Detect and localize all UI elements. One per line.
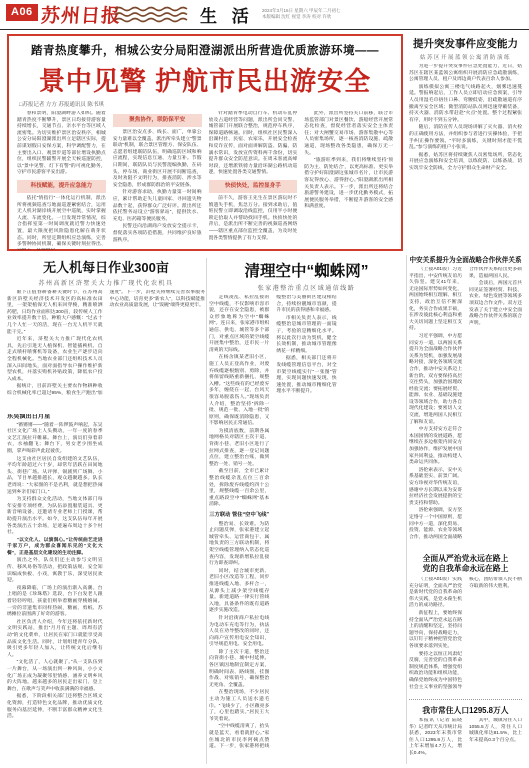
- paragraph: 随后，消防宣传人员现场讲解了灭火器、消火栓的正确使用方法，并组织参与者进行实操体…: [409, 125, 522, 151]
- china-angola-article: 中安关系提升为全面战略合作伙伴关系 （上接A01版）习近平指出，中安传统友谊历久…: [409, 254, 522, 549]
- china-angola-headline: 中安关系提升为全面战略合作伙伴关系: [409, 254, 522, 264]
- paragraph: 此外，派出所坚持关口前移，联合市场监管部门对景区餐饮、游船经营开展常态化检查，督…: [304, 111, 393, 157]
- paragraph: 针对踏青季电动自行车、机动车乱停放及占道经营等问题，派出所会同交警、城管部门开展…: [209, 111, 298, 177]
- paragraph: 眼下正值春耕备耕关键时节，在苏州高新区浒墅关经济技术开发区的高标准农田里，一架架…: [7, 290, 103, 336]
- paragraph: 为进一步提升突发事件应急处置能力，近日，姑苏区在辖区某蓝领公寓组织开展消防应急疏…: [409, 64, 522, 84]
- drone-article: 无人机每日作业300亩 苏州高新区浒墅关大力推广现代化农机具 眼下正值春耕备耕关…: [7, 257, 205, 402]
- paragraph: 据悉，姑苏区将持续聚焦人员密集场所，常态化开展应急演练和安全培训，以练促防、以练…: [409, 153, 522, 173]
- lead-column-4: 此外，派出所坚持关口前移，联合市场监管部门对景区餐饮、游船经营开展常态化检查，督…: [304, 111, 393, 250]
- newspaper-page: A06 苏州日报 生 活 2024年3月16日 星期六 甲辰年二月初七 本版编辑…: [0, 0, 529, 768]
- lead-column-3: 针对踏青季电动自行车、机动车乱停放及占道经营等问题，派出所会同交警、城管部门开展…: [209, 111, 298, 250]
- paragraph: 这支由社区居民自发组建的文艺队伍，平均年龄超过六十岁，却常年活跃在田间地头、街巷…: [7, 457, 103, 497]
- paragraph: 除了主次干道，整治还向背街小巷、城中村延伸。各区镇因地制宜制定方案，明确时间表、…: [209, 650, 269, 690]
- paragraph: 会谈后，两国元首共同见证签署经贸、科技、农业、绿色发展等领域多项双边合作文件。双…: [469, 281, 522, 327]
- paragraph: “锵锵锵——”随着一阵锣鼓声响起，东吴社区文化广场上人头攒动，一年一度的春季文艺…: [7, 423, 103, 456]
- paragraph: 针对沿街商户私拉电线为电动车充电等行为，执法人员在劝导整改的同时，还向商户宣传用…: [209, 616, 269, 649]
- paragraph: 景区治安点多、线长、面广，单靠公安力量难以全覆盖。派出所牵头建立“警景联动”机制…: [113, 130, 202, 189]
- spiderweb-headline: 清理空中“蜘蛛网”: [209, 259, 404, 281]
- paragraph: 东吴演出日月星: [7, 414, 103, 421]
- party-article-headline: 全面从严治党永远在路上 党的自我革命永远在路上: [409, 554, 522, 574]
- column-divider: [406, 255, 407, 764]
- paragraph: 市相关负责人表示，线缆整治是城市管理的一面镜子，考验的是精细化水平。将以此次行动…: [276, 316, 336, 356]
- lead-article: 踏青热度攀升，相城公安分局阳澄湖派出所营造优质旅游环境—— 景中见警 护航市民出…: [7, 34, 403, 251]
- lead-body: 春和景明，阳澄湖畔游人如织。随着踏青热度不断攀升，景区日均接待游客量持续增长，交…: [17, 111, 393, 250]
- paragraph: 据悉，下阶段相关部门还将整合区域文化资源，打造特色文化品牌，推动优质文化服务向基…: [7, 694, 103, 720]
- drone-subtitle: 苏州高新区浒墅关大力推广现代化农机具: [7, 278, 205, 287]
- paragraph: “以文化人、以演润心。”让传统曲艺走进千家万户，成为群众喜闻乐见的“文化大餐”，…: [7, 538, 103, 558]
- spiderweb-subtitle: 张家港整治重点区域通信线路: [209, 283, 404, 292]
- dotted-divider: [409, 699, 522, 700]
- wave-decoration-icon: [114, 6, 194, 23]
- paragraph: （上接A01版）习近平指出，中安传统友谊历久弥坚。建交41年来，无论国际形势如何…: [409, 267, 462, 333]
- paragraph: 三方联动 管住“空中飞线”: [209, 512, 269, 519]
- editor-line: 本版编辑 沈红 视觉 李涛 校对 许欣: [262, 14, 341, 20]
- section-title: 生 活: [200, 2, 254, 27]
- lead-column-1: 春和景明，阳澄湖畔游人如织。随着踏青热度不断攀升，景区日均接待游客量持续增长，交…: [17, 111, 106, 250]
- left-feature-body: 东吴演出日月星“锵锵锵——”随着一阵锣鼓声响起，东吴社区文化广场上人头攒动，一年…: [7, 414, 205, 762]
- lead-subhead-3: 快侦快处，监控显身手: [209, 180, 298, 193]
- fire-drill-subtitle: 姑苏区开展蓝领公寓消防演练: [409, 53, 522, 61]
- lead-byline: □苏报记者 方方 苏报通讯员 陈书琪: [19, 100, 393, 108]
- spiderweb-article: 清理空中“蜘蛛网” 张家港整治重点区域通信线路 走线凌乱、私拉乱接的空中线缆，不…: [209, 259, 404, 751]
- page-header: A06 苏州日报 生 活 2024年3月16日 星期六 甲辰年二月初七 本版编辑…: [0, 0, 529, 30]
- lead-kicker: 踏青热度攀升，相城公安分局阳澄湖派出所营造优质旅游环境——: [17, 42, 393, 58]
- paragraph: 前不久，游客王先生在景区游玩时不慎遗失手机，焦急万分。接到求助后，值班民警立即调…: [209, 196, 298, 242]
- fire-drill-body: 为进一步提升突发事件应急处置能力，近日，姑苏区在辖区某蓝领公寓组织开展消防应急疏…: [409, 64, 522, 242]
- paragraph: 中方支持安方走符合本国国情的发展道路，愿继续在多边框架内同安方加强协作，维护发展…: [409, 427, 462, 467]
- population-article: 我市常住人口1295.8万人 本报讯（记者 陆晓华）记者昨天从市统计局获悉，20…: [409, 705, 522, 766]
- lead-column-2: 聚焦协作，联防保平安 景区治安点多、线长、面广，单靠公安力量难以全覆盖。派出所牵…: [113, 111, 202, 250]
- lead-headline: 景中见警 护航市民出游安全: [17, 61, 393, 98]
- paragraph: 针对游客求助，执勤力量第一时间响应，累计帮助走失儿童回家、寻回遗失物品数十起，获…: [113, 190, 202, 223]
- fire-drill-headline: 提升突发事件应变能力: [409, 36, 522, 51]
- lead-subhead-1: 科技赋能，提升应急能力: [17, 180, 106, 193]
- header-meta: 2024年3月16日 星期六 甲辰年二月初七 本版编辑 沈红 视觉 李涛 校对 …: [262, 8, 341, 20]
- party-headline-line2: 党的自我革命永远在路上: [409, 564, 522, 574]
- paragraph: 其中，城镇常住人口1055.5万人，常住人口城镇化率达81.5%，比上年末提高0…: [469, 718, 522, 744]
- paragraph: 据悉，相关部门还将开发线缆管理信息平台，对全市架空线缆实行“一张图”管理，实现问…: [276, 356, 336, 396]
- fire-drill-article: 提升突发事件应变能力 姑苏区开展蓝领公寓消防演练 为进一步提升突发事件应急处置能…: [409, 36, 522, 242]
- paragraph: 截至目前，全市已累计整治线缆杂乱点位三百余处，拆除废弃线缆约四十公里，规整线缆一…: [209, 469, 269, 509]
- paragraph: 习近平强调，中方愿同安方一道，以两国关系提升为全面战略合作伙伴关系为契机，加强发…: [409, 334, 462, 426]
- paragraph: 新征程上，要始终保持全面从严治党永远在路上的清醒和坚定，坚持问题导向，保持战略定…: [409, 611, 462, 651]
- paragraph: 为摸清底数，前期各属地网格员对辖区主次干道、背街小巷、老旧小区进行了拉网式排查，…: [209, 429, 269, 469]
- population-body: 本报讯（记者 陆晓华）记者昨天从市统计局获悉，2023年末我市常住人口1295.…: [409, 718, 522, 766]
- paragraph: 洛伦索表示，安中关系基础坚实、前景广阔。安方珍视对华传统友谊，感谢中方长期以来为…: [409, 468, 462, 508]
- paragraph: （上接A01版）实践充分证明，全面从严治党是新时代党的自我革命的伟大实践，是党永…: [409, 577, 462, 610]
- masthead-title: 苏州日报: [40, 1, 122, 28]
- paragraph: “文化活了，人心就聚了。”从一支队伍到一片舞台，从一场演出到一种风尚，小小文化广…: [7, 660, 103, 693]
- paragraph: “旅游旺季到来，我们将继续坚持‘预防为主、防处结合’，以更高标准、更实举措守护好…: [304, 158, 393, 211]
- paragraph: 演出之外，队员们还主动参与文明宣传、移风易俗等活动，把政策法规、安全知识编成快板…: [7, 558, 103, 584]
- population-headline: 我市常住人口1295.8万人: [409, 705, 522, 716]
- paragraph: 民警还向沿湖商户发放安全提示卡，督促落实各项防范措施，共同维护良好旅游秩序。: [113, 224, 202, 244]
- paragraph: 在杨舍镇某老旧小区，施工人员正登高作业，对废弃线缆逐根甄别、剪除，并将保留线路重…: [209, 355, 269, 428]
- paragraph: 演练模拟公寓三楼电气线路起火，烟雾迅速蔓延。警报响起后，工作人员立即启动应急预案…: [409, 85, 522, 125]
- paragraph: 走线凌乱、私拉乱接的空中线缆，不仅影响市容市貌，还存在安全隐患，被群众形象地称为…: [209, 295, 269, 354]
- paragraph: 同时，结合城市更新、老旧小区改造等工程，同步推进线缆入地、多杆合一，从源头上减少…: [209, 569, 269, 615]
- spiderweb-body: 走线凌乱、私拉乱接的空中线缆，不仅影响市容市貌，还存在安全隐患，被群众形象地称为…: [209, 295, 404, 751]
- page-number-badge: A06: [6, 4, 38, 21]
- lead-subhead-2: 聚焦协作，联防保平安: [113, 114, 202, 127]
- paragraph: 本报讯（记者 陆晓华）记者昨天从市统计局获悉，2023年末我市常住人口1295.…: [409, 718, 462, 758]
- paragraph: 在整治现场，不少居民主动为施工人员送水递毛巾。“飞线少了，小区敞亮多了，心里也踏…: [209, 690, 269, 723]
- paragraph: 依托“情指行”一体化运行机制，派出所将视频巡查与地面巡逻紧密结合，运用无人机对湖…: [17, 196, 106, 250]
- drone-headline: 无人机每日作业300亩: [7, 257, 205, 276]
- paragraph: 为支持群众文化活动，当地文体部门每年安排专项经费，为队伍添置服装道具、更新音响设…: [7, 497, 103, 537]
- paragraph: 夜幕降临，广场上的演出渐入高潮。台上唱的是《珍珠塔》选段，台下白发老人跟着轻轻哼…: [7, 586, 103, 619]
- paragraph: 近年来，浒墅关大力推广现代化农机具，先后引进无人植保机、智能插秧机、自走式喷杆喷…: [7, 337, 103, 383]
- paragraph: 春和景明，阳澄湖畔游人如织。随着踏青热度不断攀升，景区日均接待游客量持续增长，交…: [17, 111, 106, 177]
- paragraph: 整治易、长效难。为防止问题反弹，张家港建立起城管牵头、运营商包干、属地负责的三方…: [209, 522, 269, 568]
- left-feature-article: 东吴演出日月星“锵锵锵——”随着一阵锣鼓声响起，东吴社区文化广场上人头攒动，一年…: [7, 414, 205, 762]
- drone-body: 眼下正值春耕备耕关键时节，在苏州高新区浒墅关经济技术开发区的高标准农田里，一架架…: [7, 290, 205, 402]
- china-angola-body: （上接A01版）习近平指出，中安传统友谊历久弥坚。建交41年来，无论国际形势如何…: [409, 267, 522, 549]
- paragraph: 社区负责人介绍，今年还将依托新时代文明实践站，推出“月月有主题、周周有活动”的文…: [7, 620, 103, 660]
- party-article-body: （上接A01版）实践充分证明，全面从严治党是新时代党的自我革命的伟大实践，是党永…: [409, 577, 522, 695]
- party-article: 全面从严治党永远在路上 党的自我革命永远在路上 （上接A01版）实践充分证明，全…: [409, 554, 522, 695]
- column-divider: [206, 258, 207, 764]
- party-headline-line1: 全面从严治党永远在路上: [409, 554, 522, 564]
